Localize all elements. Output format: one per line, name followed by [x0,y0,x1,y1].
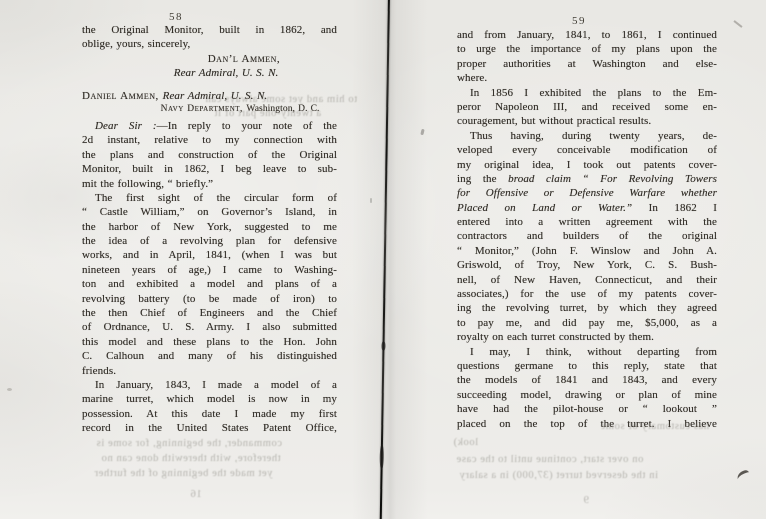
text-line: Daniel Ammen, Rear Admiral, U. S. N. [82,89,337,103]
text-line: my original idea, I took out patents cov… [457,158,717,172]
text-line: veloped every conceivable modification o… [457,143,717,157]
ink-speck-gutter [370,198,372,203]
text-line: have had the pilot-house or “ lookout ” [457,402,717,416]
scratch-mark-top-right [733,20,742,28]
text-line: mit the following, “ briefly.” [82,177,337,191]
text-line: revolving battery (to be made of iron) t… [82,292,337,306]
bleedthrough-line: 9 [583,495,589,507]
book-page-spread: 58 the Original Monitor, built in 1862, … [0,0,766,519]
gutter-shadow [352,0,428,519]
text-line: placed on the top of the turret. I belie… [457,417,717,431]
text-line: of Ordnance, U. S. Army. I also submitte… [82,320,337,334]
text-line: Monitor, built in 1862, I beg leave to s… [82,162,337,176]
text-line: succeeding model, drawing or plan of min… [457,388,717,402]
text-line: “ Monitor,” (John F. Winslow and John A. [457,244,717,258]
ink-mark-right-edge [736,469,752,483]
page-number-left: 58 [169,11,183,23]
ink-speck-left-edge [7,388,12,391]
text-line: the models of 1841 and 1843, and every [457,373,717,387]
text-line: possession. At this date I made my first [82,407,337,421]
right-text-column: and from January, 1841, to 1861, I conti… [457,28,717,431]
spine-ink-blob [381,341,385,351]
text-line: Thus having, during twenty years, de- [457,129,717,143]
text-line: the then Chief of Engineers and the Chie… [82,306,337,320]
text-line: nell, of New Haven, Connecticut, and the… [457,273,717,287]
text-line: royalty on each turret constructed by th… [457,330,717,344]
text-line: peror Napoleon III, and received some en… [457,100,717,114]
text-line: this model and these plans to the Hon. J… [82,335,337,349]
text-line: friends. [82,364,337,378]
bleedthrough-line: therefore, with therewith done can no [101,453,281,465]
text-line: couragement, but without practical resul… [457,114,717,128]
text-line: ing the broad claim “ For Revolving Towe… [457,172,717,186]
ink-speck-right-margin [420,129,424,136]
text-line: Placed on Land or Water.” In 1862 I [457,201,717,215]
text-line: proper authorities at Washington and els… [457,57,717,71]
text-line: The first sight of the circular form of [82,191,337,205]
bleedthrough-line: yet made the beginning of the further [94,468,272,480]
page-number-right: 59 [572,15,586,27]
text-line: Dear Sir :—In reply to your note of the [82,119,337,133]
text-line: record in the United States Patent Offic… [82,421,337,435]
text-line: Rear Admiral, U. S. N. [82,66,337,80]
text-line: questions germane to this reply, state t… [457,359,717,373]
text-line: ton and exhibited a model and plans of a [82,277,337,291]
bleedthrough-line: look) [453,437,478,449]
text-line: nineteen years of age,) I came to Washin… [82,263,337,277]
left-text-column: the Original Monitor, built in 1862, and… [82,23,337,436]
text-line: associates,) for the use of my patents c… [457,287,717,301]
text-line: where. [457,71,717,85]
text-line: the idea of a revolving plan for defensi… [82,234,337,248]
book-spine-line [380,0,390,519]
text-line: works, and in April, 1841, (when I was b… [82,248,337,262]
bleedthrough-line: on over start, continue until to the cas… [456,454,643,466]
spine-ink-blob [380,444,384,470]
bleedthrough-line: in the deserved turret (37,000) in a sal… [459,470,658,482]
text-line: entered into a written agreement with th… [457,215,717,229]
text-line: marine turret, which model is now in my [82,392,337,406]
text-line: for Offensive or Defensive Warfare wheth… [457,186,717,200]
text-line: “ Castle William,” on Governor’s Island,… [82,205,337,219]
text-line: Griswold, of Troy, New York, C. S. Bush- [457,258,717,272]
text-line: In 1856 I exhibited the plans to the Em- [457,86,717,100]
text-line: the plans and construction of the Origin… [82,148,337,162]
text-line: oblige, yours, sincerely, [82,37,337,51]
text-line: In January, 1843, I made a model of a [82,378,337,392]
text-line: C. Calhoun and many of his distinguished [82,349,337,363]
text-line: contractors and builders of the original [457,229,717,243]
bleedthrough-line: 16 [190,489,202,501]
text-line: to pay me, and did pay me, $5,000, as a [457,316,717,330]
text-line: the harbor of New York, suggested to me [82,220,337,234]
text-line: I may, I think, without departing from [457,345,717,359]
text-line: to urge the importance of my plans upon … [457,42,717,56]
text-line: and from January, 1841, to 1861, I conti… [457,28,717,42]
text-line: ing the revolving turret, by which they … [457,301,717,315]
text-line: the Original Monitor, built in 1862, and [82,23,337,37]
text-line: Navy Department, Washington, D. C. [82,103,337,116]
bleedthrough-line: commander, the beginning, for some is [96,438,282,450]
text-line: Dan’l Ammen, [82,52,337,66]
text-line: 2d instant, relative to my connection wi… [82,133,337,147]
